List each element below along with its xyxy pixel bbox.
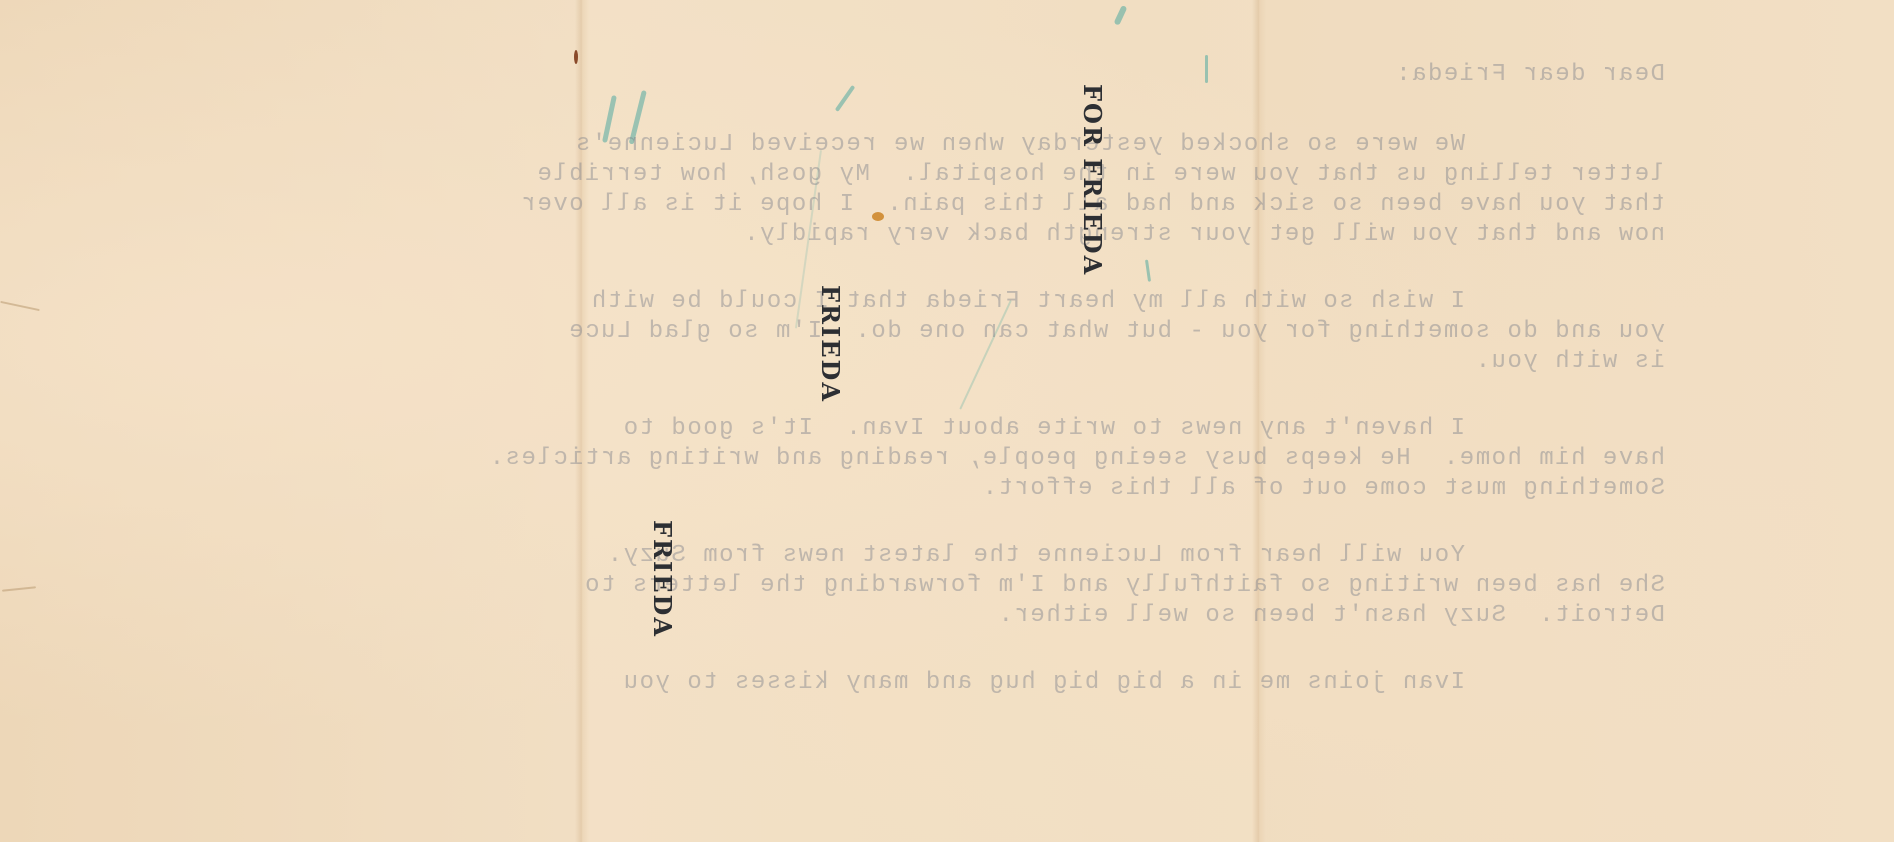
letter-line: I haven't any news to write about Ivan. … [245,414,1665,444]
letter-line: I wish so with all my heart Frieda that … [245,287,1665,317]
paper-crease [2,586,36,592]
letter-line: letter telling us that you were in the h… [245,160,1665,190]
letter-line: now and that you will get your strength … [245,220,1665,250]
letter-line: Detroit. Suzy hasn't been so well either… [245,601,1665,631]
scanned-letter-page: Dear dear Frieda: We were so shocked yes… [0,0,1894,842]
letter-line: have him home. He keeps busy seeing peop… [245,444,1665,474]
letter-line: is with you. [245,347,1665,377]
frieda-stamp: FRIEDA [650,520,674,638]
frieda-stamp: FRIEDA [818,285,842,403]
letter-body: Dear dear Frieda: We were so shocked yes… [245,60,1665,698]
letter-line: you and do something for you - but what … [245,317,1665,347]
paragraph-3: I haven't any news to write about Ivan. … [245,414,1665,504]
paper-crease [0,301,40,311]
paragraph-4: You will hear from Lucienne the latest n… [245,541,1665,631]
letter-line: You will hear from Lucienne the latest n… [245,541,1665,571]
paragraph-5: Ivan joins me in a big big hug and many … [245,668,1665,698]
letter-line: Something must come out of all this effo… [245,474,1665,504]
for-frieda-stamp: FOR FRIEDA [1080,84,1104,276]
paragraph-2: I wish so with all my heart Frieda that … [245,287,1665,377]
paragraph-1: We were so shocked yesterday when we rec… [245,130,1665,250]
letter-line: that you have been so sick and had all t… [245,190,1665,220]
letter-salutation: Dear dear Frieda: [245,60,1665,90]
letter-line: We were so shocked yesterday when we rec… [245,130,1665,160]
letter-line: She has been writing so faithfully and I… [245,571,1665,601]
letter-line: Ivan joins me in a big big hug and many … [245,668,1665,698]
